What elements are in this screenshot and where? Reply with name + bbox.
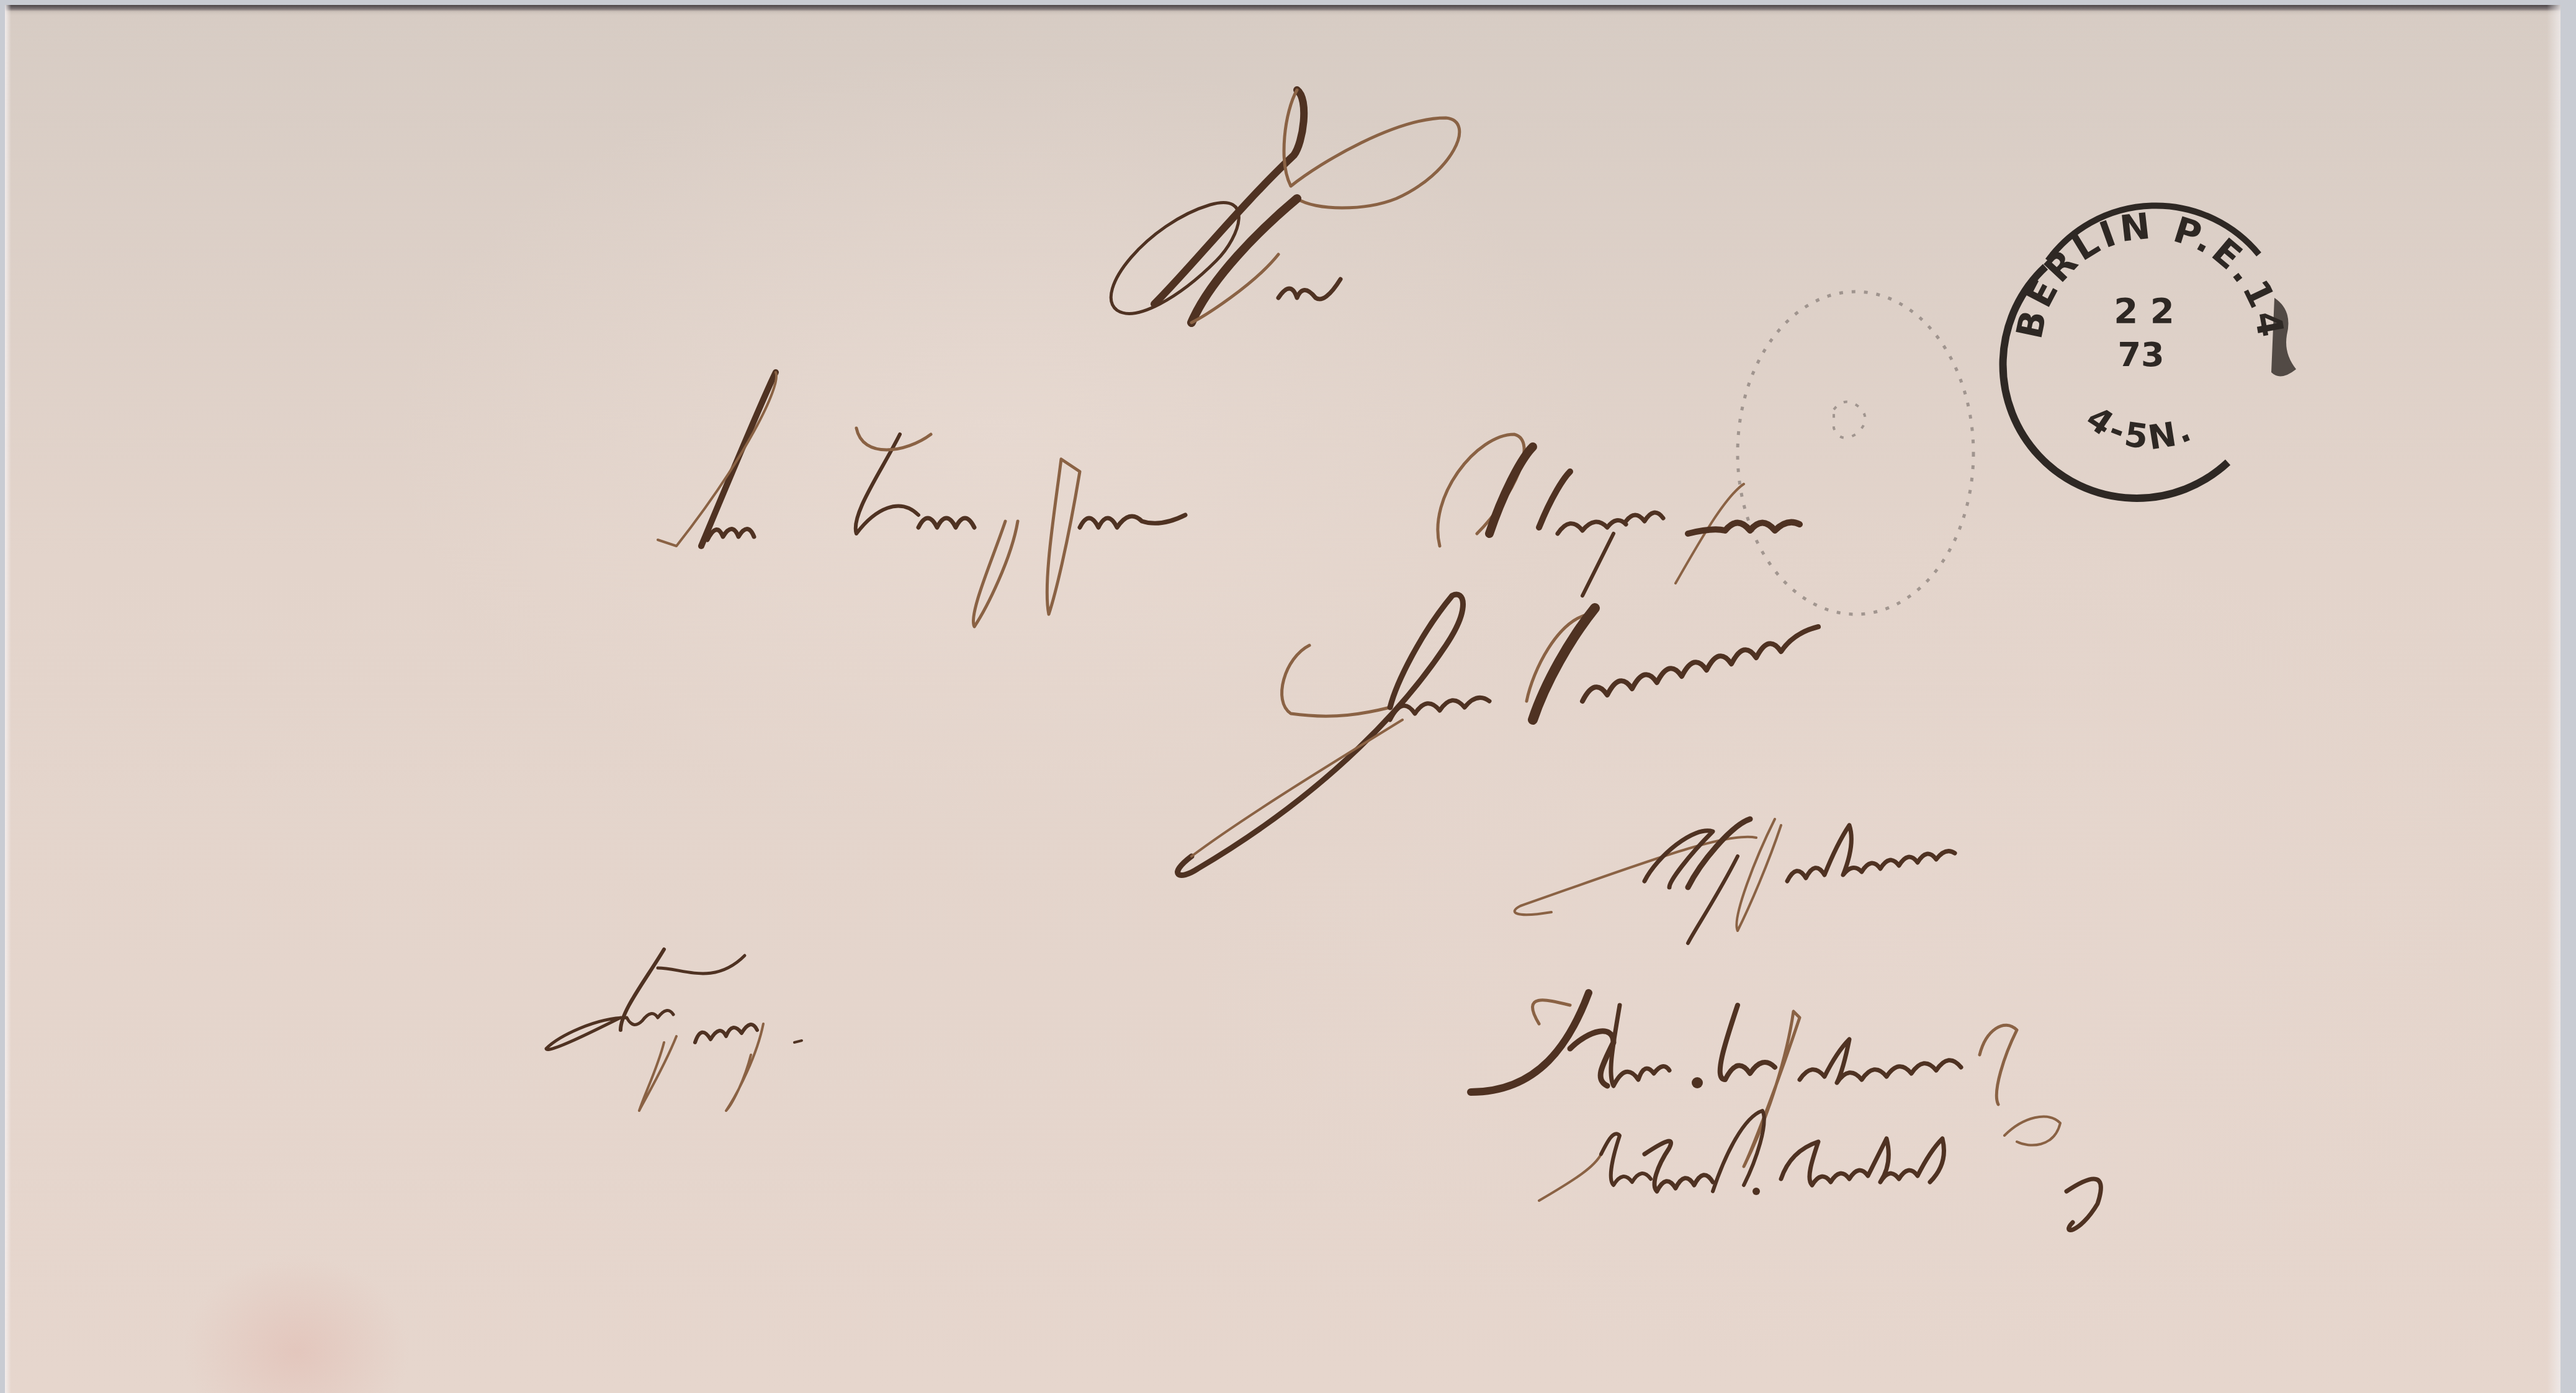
address-line-4-script <box>1471 993 2017 1167</box>
address-line-1-script <box>658 372 1800 627</box>
address-line-2-script <box>1178 594 1818 875</box>
salutation-an-script <box>1111 90 1460 323</box>
postmark-time-arc: 4-5N. <box>2080 398 2200 458</box>
postmark-year: 73 <box>2117 335 2164 374</box>
left-annotation-script <box>546 949 802 1111</box>
postmark-city-arc: BERLIN P.E.14. <box>0 0 2292 344</box>
postmark-day-month: 2 2 <box>2114 291 2174 331</box>
ghost-stamp-impression <box>1738 292 1973 614</box>
address-line-5-script <box>1539 1111 2101 1230</box>
handwriting-and-stamps-layer: BERLIN P.E.14. 2 2 73 4-5N. <box>0 0 2576 1393</box>
berlin-postmark-stamp: BERLIN P.E.14. 2 2 73 4-5N. <box>0 0 2296 498</box>
scanned-envelope: BERLIN P.E.14. 2 2 73 4-5N. An Den König… <box>0 0 2576 1393</box>
address-line-3-script <box>1515 819 1955 943</box>
